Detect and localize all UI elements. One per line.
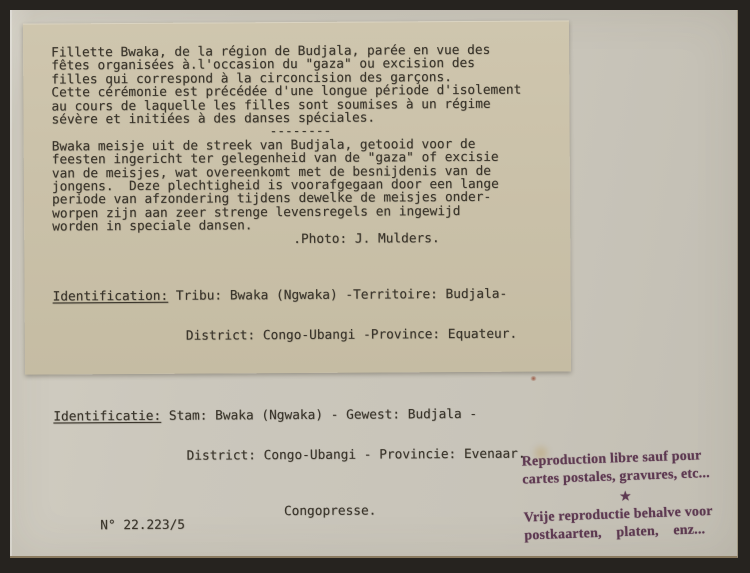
identification-french-detail: Tribu: Bwaka (Ngwaka) -Territoire: Budja… — [168, 287, 507, 304]
identification-dutch-line2: District: Congo-Ubangi - Provincie: Even… — [54, 448, 572, 465]
identification-french-line1: Identification: Tribu: Bwaka (Ngwaka) -T… — [53, 287, 571, 304]
reproduction-stamp: Reproduction libre sauf pour cartes post… — [521, 446, 729, 545]
identification-dutch: Identificatie: Stam: Bwaka (Ngwaka) - Ge… — [53, 381, 572, 491]
identification-dutch-term: Identificatie: — [53, 409, 161, 425]
photo-card-verso: Fillette Bwaka, de la région de Budjala,… — [10, 10, 738, 558]
identification-french: Identification: Tribu: Bwaka (Ngwaka) -T… — [52, 260, 571, 370]
stain-spot — [530, 376, 537, 381]
caption-label: Fillette Bwaka, de la région de Budjala,… — [23, 20, 571, 374]
caption-dutch: Bwaka meisje uit de streek van Budjala, … — [52, 137, 571, 234]
identification-french-line2: District: Congo-Ubangi -Province: Equate… — [53, 327, 571, 344]
photo-number: N° 22.223/5 — [100, 518, 185, 534]
identification-french-term: Identification: — [53, 289, 169, 305]
identification-dutch-line1: Identificatie: Stam: Bwaka (Ngwaka) - Ge… — [53, 407, 571, 424]
caption-french: Fillette Bwaka, de la région de Budjala,… — [51, 43, 569, 127]
agency-credit: Congopresse. — [284, 504, 377, 518]
identification-dutch-detail: Stam: Bwaka (Ngwaka) - Gewest: Budjala - — [161, 407, 477, 424]
number-line: N° 22.223/5 Congopresse. — [54, 503, 572, 560]
